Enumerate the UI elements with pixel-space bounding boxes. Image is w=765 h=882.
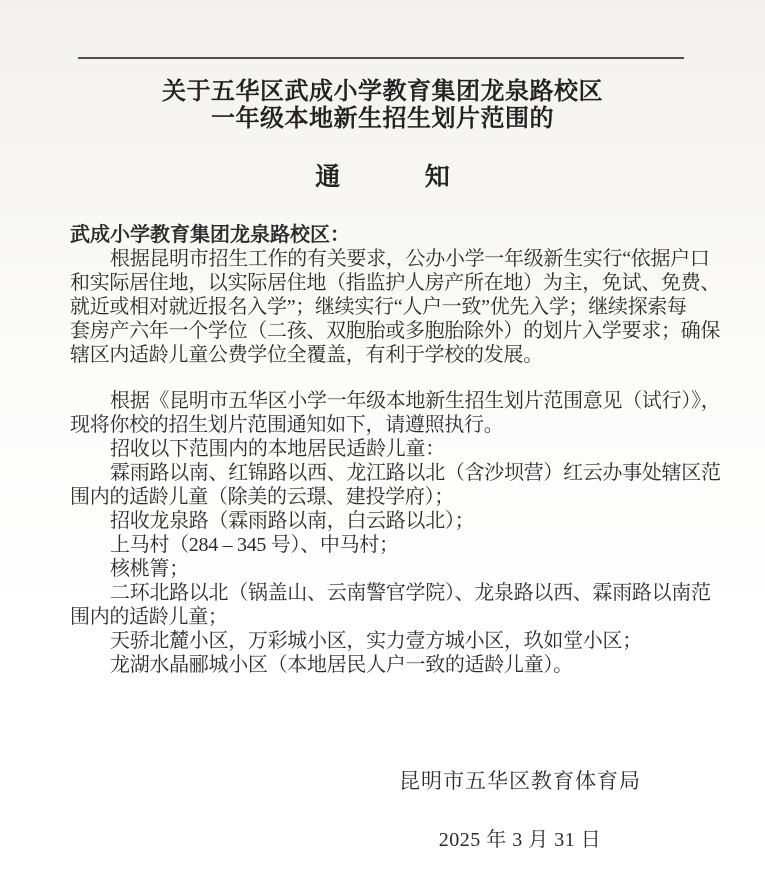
body-line: 现将你校的招生划片范围通知如下，请遵照执行。 xyxy=(70,413,699,437)
notice-heading: 通 知 xyxy=(0,157,765,193)
body-line: 套房产六年一个学位（二孩、双胞胎或多胞胎除外）的划片入学要求；确保 xyxy=(70,319,699,343)
body-line: 辖区内适龄儿童公费学位全覆盖，有利于学校的发展。 xyxy=(70,343,699,367)
header-divider-rule xyxy=(78,57,684,59)
issuing-agency: 昆明市五华区教育体育局 xyxy=(350,765,690,795)
body-line: 招收龙泉路（霖雨路以南，白云路以北）； xyxy=(70,509,699,533)
body-line: 核桃箐； xyxy=(70,557,699,581)
salutation: 武成小学教育集团龙泉路校区： xyxy=(70,223,699,247)
notice-heading-char-right: 知 xyxy=(425,164,450,191)
body-line: 根据《昆明市五华区小学一年级本地新生招生划片范围意见（试行）》， xyxy=(70,389,699,413)
body-line: 围内的适龄儿童； xyxy=(70,605,699,629)
body-line: 就近或相对就近报名入学”；继续实行“人户一致”优先入学；继续探索每 xyxy=(70,295,699,319)
body-line: 霖雨路以南、红锦路以西、龙江路以北（含沙坝营）红云办事处辖区范 xyxy=(70,461,699,485)
body-line: 龙湖水晶郦城小区（本地居民人户一致的适龄儿童）。 xyxy=(70,653,699,677)
notice-body: 武成小学教育集团龙泉路校区： 根据昆明市招生工作的有关要求，公办小学一年级新生实… xyxy=(0,223,765,677)
signature-block: 昆明市五华区教育体育局 2025 年 3 月 31 日 xyxy=(350,765,690,852)
issue-date: 2025 年 3 月 31 日 xyxy=(350,823,690,852)
body-line: 根据昆明市招生工作的有关要求，公办小学一年级新生实行“依据户口 xyxy=(70,247,699,271)
document-title-line-2: 一年级本地新生招生划片范围的 xyxy=(0,106,765,133)
notice-heading-char-left: 通 xyxy=(315,164,340,191)
body-line: 围内的适龄儿童（除美的云璟、建投学府）； xyxy=(70,485,699,509)
document-title: 关于五华区武成小学教育集团龙泉路校区 一年级本地新生招生划片范围的 xyxy=(0,0,765,133)
body-line: 上马村（284 – 345 号）、中马村； xyxy=(70,533,699,557)
body-line: 招收以下范围内的本地居民适龄儿童： xyxy=(70,437,699,461)
document-title-line-1: 关于五华区武成小学教育集团龙泉路校区 xyxy=(0,79,765,106)
body-line: 二环北路以北（锅盖山、云南警官学院）、龙泉路以西、霖雨路以南范 xyxy=(70,581,699,605)
body-line: 和实际居住地，以实际居住地（指监护人房产所在地）为主，免试、免费、 xyxy=(70,271,699,295)
body-line: 天骄北麓小区，万彩城小区，实力壹方城小区，玖如堂小区； xyxy=(70,629,699,653)
scanned-notice-document: 关于五华区武成小学教育集团龙泉路校区 一年级本地新生招生划片范围的 通 知 武成… xyxy=(0,0,765,882)
